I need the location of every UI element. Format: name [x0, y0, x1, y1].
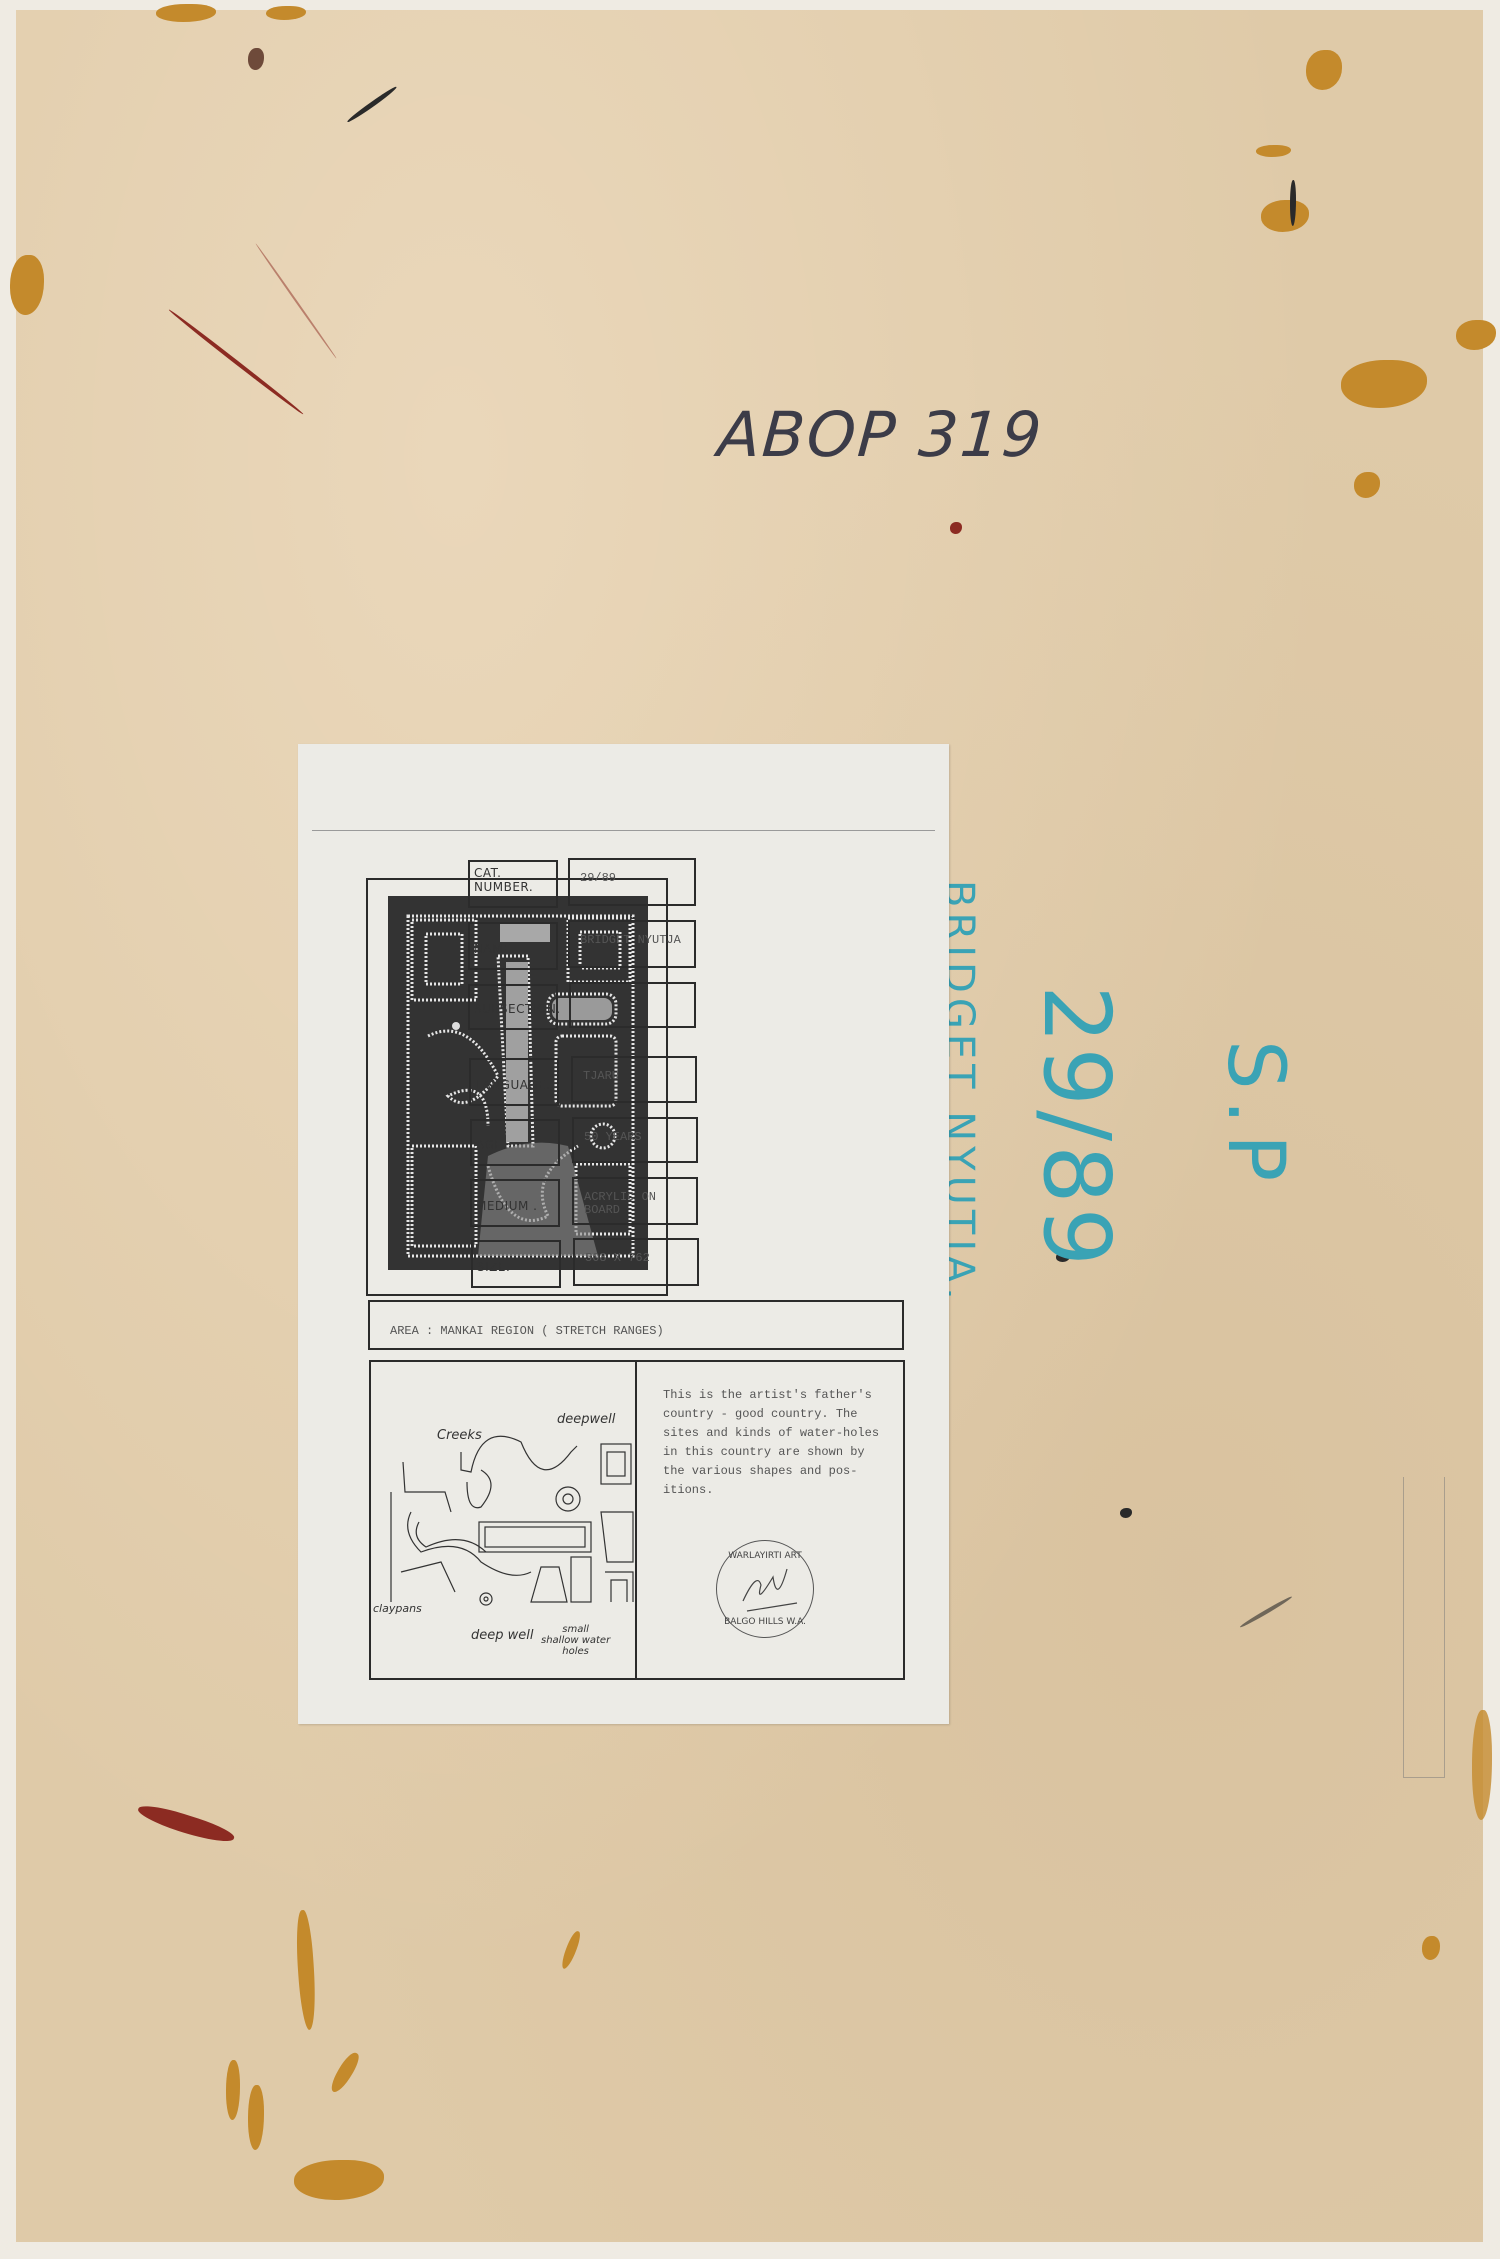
field-value-age: 50 YEARS: [572, 1117, 698, 1163]
area-field: AREA : MANKAI REGION ( STRETCH RANGES): [368, 1300, 904, 1350]
field-value-language: TJARU: [571, 1056, 697, 1103]
field-label-size: SIZE.: [471, 1240, 561, 1288]
sketch-label-deepwell-bottom: deep well: [471, 1628, 534, 1643]
paint-splat: [266, 6, 306, 20]
field-value-size: 508 X 762: [573, 1238, 699, 1286]
paint-splat: [10, 255, 44, 315]
field-value-subsection: [569, 982, 696, 1028]
paint-splat: [1256, 145, 1291, 157]
paint-splat: [1306, 50, 1342, 90]
paint-splat: [1261, 200, 1309, 232]
paint-stroke: [328, 2050, 363, 2096]
sketch-label-claypans: claypans: [373, 1602, 422, 1615]
paint-splat: [1354, 472, 1380, 498]
handwritten-catalog-number: 29/89: [1023, 985, 1130, 1270]
sketch-label-creeks: Creeks: [437, 1428, 482, 1443]
paint-stroke: [226, 2060, 240, 2120]
field-value-cat-number: 29/89: [568, 858, 696, 906]
stamp-text-bottom: BALGO HILLS W.A.: [717, 1617, 813, 1627]
paint-stroke: [248, 2085, 264, 2150]
sketch-map: Creeks deepwell claypans deep well small…: [369, 1360, 637, 1680]
field-label-cat-number: CAT. NUMBER.: [468, 860, 558, 908]
pencil-outline: [1403, 1477, 1445, 1778]
paint-stroke: [1239, 1595, 1293, 1628]
paint-stroke: [294, 1910, 318, 2031]
paint-stroke: [255, 243, 337, 359]
field-value-medium: ACRYLIC ON BOARD: [572, 1177, 698, 1225]
gallery-stamp: WARLAYIRTI ART BALGO HILLS W.A.: [716, 1540, 814, 1638]
paint-stroke: [559, 1929, 582, 1970]
inventory-number: ABOP 319: [715, 398, 1045, 471]
field-value-name: BRIDGET NYUTJA: [568, 920, 696, 968]
paint-splat: [136, 1800, 237, 1848]
paint-splat: [248, 48, 264, 70]
paint-splat: [156, 4, 216, 22]
handwritten-initials: S.P: [1210, 1040, 1300, 1191]
paint-splat: [294, 2160, 384, 2200]
catalog-label-card: CAT. NUMBER. 29/89 NAME. BRIDGET NYUTJA …: [298, 744, 949, 1724]
field-label-subsection: SUBSECTION.: [468, 984, 558, 1030]
field-label-age: AGE.: [470, 1119, 560, 1166]
field-label-language: LANGUAGE.: [469, 1058, 559, 1106]
paint-stroke: [168, 308, 304, 416]
field-label-name: NAME.: [468, 922, 558, 970]
sketch-label-small-holes: small shallow water holes: [541, 1624, 610, 1657]
paint-splat: [1422, 1936, 1440, 1960]
paint-stroke: [346, 85, 398, 124]
paint-splat: [1120, 1508, 1132, 1518]
field-label-medium: MEDIUM .: [470, 1179, 560, 1227]
artwork-description: This is the artist's father's country - …: [663, 1386, 879, 1500]
sketch-label-deepwell-top: deepwell: [557, 1412, 615, 1427]
card-rule: [312, 830, 935, 831]
paint-splat: [1341, 360, 1427, 408]
paint-splat: [950, 522, 962, 534]
